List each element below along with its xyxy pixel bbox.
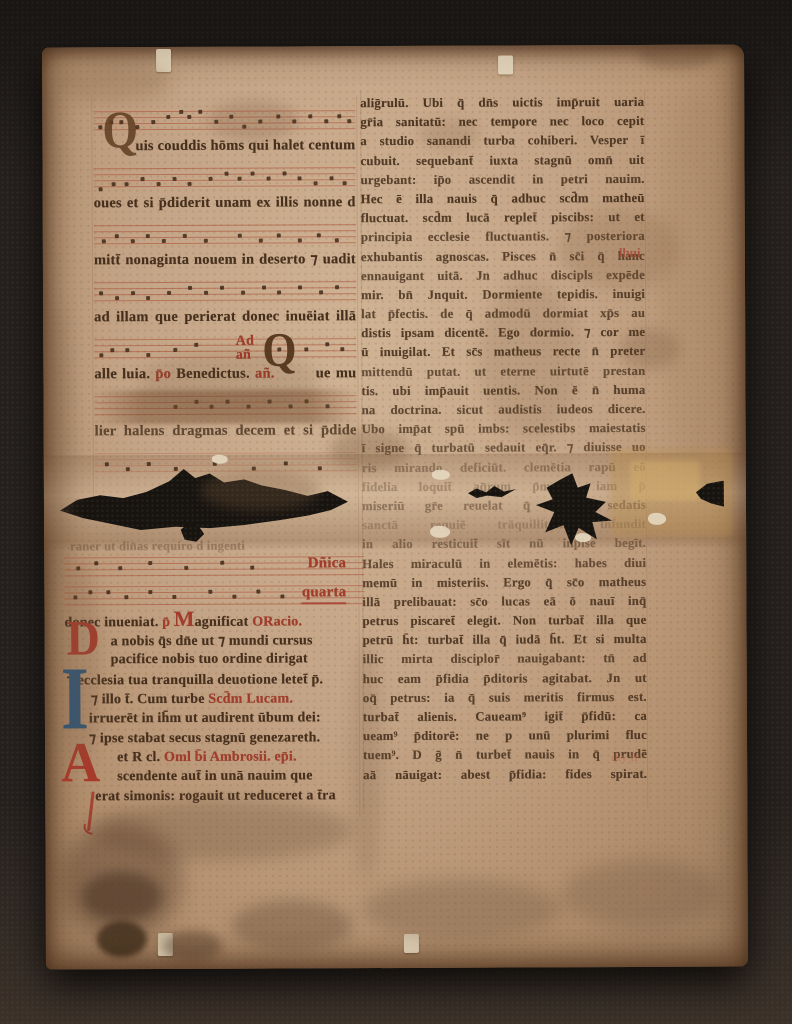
- neume-note: [280, 594, 284, 598]
- right-column-line: miseriū gr̄e reuelat q̄ fluctib sedatis: [362, 498, 646, 518]
- red-marginal-note: lbui: [619, 245, 641, 261]
- right-column-line: Hales miraculū in elemētis: habes diui: [362, 555, 646, 575]
- neume-note: [304, 347, 308, 351]
- right-column-line: in alio resticuit̄ sīt nū inp̄ise begīt.: [362, 536, 646, 556]
- text-segment: Scd̄m Lucam.: [208, 691, 293, 706]
- text-segment: irruerēt in ih̄m ut audirent ūbum dei:: [89, 710, 321, 726]
- neume-note: [148, 561, 152, 565]
- neume-note: [88, 590, 92, 594]
- paper-chip: [575, 533, 591, 542]
- right-column-line: principia ecclesie fluctuantis. ⁊ poster…: [361, 229, 645, 249]
- neume-note: [106, 590, 110, 594]
- neume-note: [110, 348, 114, 352]
- text-segment: p̄o: [155, 366, 176, 382]
- neume-note: [102, 239, 106, 243]
- faded-red-marginal-note: diy t̄r: [611, 750, 639, 765]
- penwork-initial-q2: Q: [262, 326, 296, 375]
- music-staff: quarta: [64, 583, 364, 608]
- neume-note: [99, 353, 103, 357]
- neume-note: [172, 177, 176, 181]
- neume-note: [238, 234, 242, 238]
- penwork-initial-q: Q: [102, 104, 138, 157]
- text-segment: ORacio.: [252, 614, 302, 629]
- text-segment: mitt̄ nonaginta nouem in deserto ⁊ uadit: [94, 251, 356, 268]
- music-staff: [94, 222, 356, 247]
- neume-note: [277, 114, 281, 118]
- neume-note: [282, 171, 286, 175]
- neume-note: [173, 348, 177, 352]
- neume-note: [324, 119, 328, 123]
- repair-patch-inner: [630, 461, 700, 501]
- neume-note: [204, 239, 208, 243]
- stain-blob: [82, 871, 162, 921]
- text-line: irruerēt in ih̄m ut audirent ūbum dei:: [65, 710, 365, 731]
- neume-note: [180, 110, 184, 114]
- neume-note: [115, 296, 119, 300]
- neume-note: [112, 182, 116, 186]
- neume-note: [184, 566, 188, 570]
- mounting-tab: [404, 934, 419, 953]
- neume-note: [259, 238, 263, 242]
- neume-note: [238, 177, 242, 181]
- paper-chip: [648, 513, 666, 525]
- neume-note: [319, 290, 323, 294]
- paper-chip: [212, 455, 228, 464]
- neume-note: [162, 239, 166, 243]
- neume-note: [147, 462, 151, 466]
- music-staff: [95, 393, 357, 418]
- text-segment: Oml b̄i Ambrosii. ep̄i.: [164, 749, 297, 765]
- text-line: alle luia. p̄o Benedictus. añ. ue mu: [94, 365, 356, 385]
- neume-note: [94, 561, 98, 565]
- neume-note: [298, 176, 302, 180]
- text-line: ad illam que perierat donec inuēiat illā: [94, 308, 356, 328]
- right-column-line: mittendū putat. ut eterne uirtutē presta…: [361, 364, 645, 384]
- right-column-line: ū inuigilat. Et sc̄s matheus recte n̄ pr…: [361, 344, 645, 364]
- right-column-line: distis ipsam dicentē. Ego dormio. ⁊ cor …: [361, 325, 645, 345]
- music-staff: Dñica: [64, 554, 364, 579]
- bleedthrough-line: raner ut din̄as requiro d ingenti: [70, 538, 360, 554]
- neume-note: [105, 462, 109, 466]
- paper-chip: [430, 526, 450, 538]
- neume-note: [277, 233, 281, 237]
- text-line: mitt̄ nonaginta nouem in deserto ⁊ uadit: [94, 251, 356, 271]
- neume-note: [173, 467, 177, 471]
- right-column-line: turbat̄ alienis. Caueam⁹ igit̄ p̄fidū: c…: [363, 709, 647, 729]
- neume-note: [292, 119, 296, 123]
- neume-note: [220, 561, 224, 565]
- music-staff: [94, 165, 356, 190]
- right-column-line: na doctrina. sicut audistis iudeos dicer…: [362, 402, 646, 422]
- neume-note: [209, 177, 213, 181]
- right-column-line: petrus piscaret̄ elegit. Non turbat̄ ill…: [362, 613, 646, 633]
- neume-note: [148, 590, 152, 594]
- text-line: pacifice nobis tuo ordine dirigat: [65, 651, 365, 672]
- right-text-column: aliḡrulū. Ubi q̄ dn̄s uictis imp̄ruit ua…: [360, 95, 647, 787]
- text-segment: ⁊ illo t̄. Cum turbe: [91, 692, 209, 708]
- text-segment: oues et si p̄diderit unam ex illis nonne…: [94, 194, 356, 211]
- stain-blob: [562, 859, 722, 930]
- text-segment: erat simonis: rogauit ut reduceret a t̄r…: [95, 788, 336, 804]
- text-segment: lier halens dragmas decem et si p̄dide: [95, 422, 357, 439]
- rubric-label: Dñica: [308, 555, 347, 572]
- right-column-line: huc eam p̄fidia p̄ditoris agitabat. Jn u…: [363, 671, 647, 691]
- text-line: ⁊ ecclesia tua tranquilla deuotione lete…: [65, 671, 365, 692]
- right-column-line: fluctuat. scd̄m lucā replet̄ piscibs: ut…: [361, 210, 645, 230]
- neume-note: [232, 595, 236, 599]
- stain-blob: [232, 900, 352, 951]
- neume-note: [130, 239, 134, 243]
- neume-note: [252, 466, 256, 470]
- neume-note: [256, 589, 260, 593]
- stain-blob: [362, 879, 562, 940]
- right-column-line: illā prelibauat: sc̄o lucas eā ō nauī in…: [362, 594, 646, 614]
- neume-note: [125, 182, 129, 186]
- right-column-line: illic mirta disciplor̄ nauigabant: tn̄ a…: [363, 651, 647, 671]
- neume-note: [188, 286, 192, 290]
- neume-note: [262, 285, 266, 289]
- neume-note: [76, 566, 80, 570]
- rubric-label: añ: [236, 348, 251, 364]
- right-column-line: tis. ubi imp̄auit uentis. Non ē n̄ huma: [361, 383, 645, 403]
- right-column-line: fidelia loquit̄ aq̄rum p̄mouet̄ iam p̄: [362, 479, 646, 499]
- neume-note: [241, 291, 245, 295]
- neume-note: [188, 182, 192, 186]
- neume-note: [172, 595, 176, 599]
- neume-note: [99, 187, 103, 191]
- photo-background: uis couddis hōms qui halet centumoues et…: [0, 0, 792, 1024]
- neume-note: [73, 595, 77, 599]
- red-initial-a: A: [61, 734, 100, 791]
- right-column-line: aā nāuigat: abest p̄fidia: fides spirat.: [363, 766, 647, 786]
- right-column-line: urgebant: ip̄o ascendit in petri nauim.: [361, 172, 645, 192]
- right-column-line: gr̄ia sanitatū: nec tempore nec loco cep…: [360, 114, 644, 134]
- stain-blob: [61, 821, 182, 942]
- text-line: erat simonis: rogauit ut reduceret a t̄r…: [65, 788, 365, 809]
- neume-note: [250, 565, 254, 569]
- stain-blob: [50, 61, 170, 102]
- neume-note: [220, 286, 224, 290]
- neume-note: [167, 115, 171, 119]
- neume-note: [277, 290, 281, 294]
- neume-note: [99, 291, 103, 295]
- paper-chip: [432, 470, 450, 480]
- right-column-line: petrū h̄t: turbat̄ illa q̄ iudā h̄t. Et …: [363, 632, 647, 652]
- neume-note: [194, 343, 198, 347]
- neume-note: [308, 114, 312, 118]
- neume-note: [156, 182, 160, 186]
- music-staff: [95, 450, 357, 475]
- right-column-line: aliḡrulū. Ubi q̄ dn̄s uictis imp̄ruit ua…: [360, 95, 644, 115]
- neume-note: [243, 125, 247, 129]
- neume-note: [340, 347, 344, 351]
- neume-note: [198, 110, 202, 114]
- neume-note: [229, 115, 233, 119]
- text-line: donec inueniat. p̄ Magnificat ORacio.: [64, 612, 364, 633]
- text-segment: agnificat: [195, 615, 253, 630]
- lower-left-block: Dñicaquartadonec inueniat. p̄ Magnificat…: [64, 554, 365, 808]
- neume-note: [347, 119, 351, 123]
- music-staff: [94, 279, 356, 304]
- right-column-line: memū in misteriis. Ergo q̄ sc̄o matheus: [362, 575, 646, 595]
- text-segment: et R cl.: [117, 750, 164, 765]
- manuscript-leaf: uis couddis hōms qui halet centumoues et…: [42, 44, 748, 969]
- text-segment: M: [174, 607, 195, 631]
- right-column-line: oq̄ petrus: ia q̄ suis meritis firmus es…: [363, 690, 647, 710]
- neume-note: [251, 171, 255, 175]
- text-line: ⁊ illo t̄. Cum turbe Scd̄m Lucam.: [65, 690, 365, 711]
- neume-note: [141, 177, 145, 181]
- neume-note: [146, 234, 150, 238]
- text-line: lier halens dragmas decem et si p̄dide: [95, 422, 357, 442]
- text-line: a nobis q̄s dn̄e ut ⁊ mundi cursus: [65, 632, 365, 653]
- neume-note: [187, 115, 191, 119]
- right-column-line: Hec ē illa nauis q̄ adhuc scd̄m matheū: [361, 191, 645, 211]
- right-column-line: tuem⁹. D ḡ n̄ turbet̄ nauis in q̄ prudē: [363, 747, 647, 767]
- neume-note: [342, 181, 346, 185]
- music-text-block: uis couddis hōms qui halet centumoues et…: [93, 108, 357, 480]
- neume-note: [146, 296, 150, 300]
- right-column-line: Ubo imp̄at spū imbs: scelestibs maiestat…: [362, 421, 646, 441]
- text-segment: uis couddis hōms qui halet centum: [135, 137, 355, 154]
- stain-blob: [91, 800, 351, 861]
- neume-note: [329, 176, 333, 180]
- neume-note: [283, 461, 287, 465]
- neume-note: [126, 467, 130, 471]
- right-column-line: ī signe q̄ turbatū sedauit eq̄r. ⁊ diuis…: [362, 440, 646, 460]
- stain-blob: [658, 89, 730, 469]
- text-segment: pacifice nobis tuo ordine dirigat: [111, 651, 308, 667]
- neume-note: [204, 291, 208, 295]
- text-segment: p̄: [162, 615, 174, 630]
- mounting-tab: [158, 933, 173, 956]
- neume-note: [131, 291, 135, 295]
- text-segment: ad illam que perierat donec inuēiat illā: [94, 308, 356, 325]
- neume-note: [183, 234, 187, 238]
- neume-note: [167, 291, 171, 295]
- stain-blob: [638, 44, 718, 68]
- neume-note: [317, 466, 321, 470]
- text-segment: a nobis q̄s dn̄e ut ⁊ mundi cursus: [111, 633, 313, 649]
- neume-note: [316, 233, 320, 237]
- right-column-line: ennauigant uitā. Jn adhuc discipls expēd…: [361, 268, 645, 288]
- right-column-line: ueam⁹ p̄ditorē: ne p unū plurimi fluc: [363, 728, 647, 748]
- text-segment: ue mu: [316, 365, 357, 381]
- text-line: ⁊ ipse stabat secus stagnū genezareth.: [65, 729, 365, 750]
- neume-note: [258, 119, 262, 123]
- neume-note: [208, 590, 212, 594]
- neume-note: [147, 353, 151, 357]
- text-segment: Benedictus.: [176, 366, 255, 382]
- neume-note: [124, 595, 128, 599]
- neume-note: [115, 234, 119, 238]
- right-column-line: ris mirando deficiūt. clemētia rapū eō: [362, 459, 646, 479]
- text-line: et R cl. Oml b̄i Ambrosii. ep̄i.: [65, 749, 365, 770]
- neume-note: [325, 342, 329, 346]
- text-line: scendente aut̄ in unā nauim que: [65, 768, 365, 789]
- neume-note: [314, 181, 318, 185]
- neume-note: [335, 238, 339, 242]
- text-segment: scendente aut̄ in unā nauim que: [117, 768, 313, 784]
- neume-note: [214, 120, 218, 124]
- neume-note: [126, 348, 130, 352]
- right-column-line: cubuit. sequebant̄ iuxta stagnū omn̄ uit: [360, 152, 644, 172]
- text-line: oues et si p̄diderit unam ex illis nonne…: [94, 194, 356, 214]
- neume-note: [335, 285, 339, 289]
- neume-note: [337, 114, 341, 118]
- right-column-line: lat p̄fectis. de q̄ admodū dormiat xp̄s …: [361, 306, 645, 326]
- music-staff: Adañ: [94, 336, 356, 361]
- neume-note: [266, 176, 270, 180]
- stain-blob: [97, 921, 147, 957]
- text-segment: ⁊ ipse stabat secus stagnū genezareth.: [89, 730, 320, 746]
- right-column-line: a studio sanandi turba cohiberi. Vesper …: [360, 133, 644, 153]
- erased-smear: [92, 389, 358, 424]
- right-column-line: mir. bn̄ Jnquit. Dormiente tepidis. inui…: [361, 287, 645, 307]
- neume-note: [224, 172, 228, 176]
- right-column-line: exhubantis agnoscas. Pisces n̄ sc̄i q̄ h…: [361, 248, 645, 268]
- mounting-tab: [156, 49, 171, 72]
- mounting-tab: [498, 55, 513, 74]
- neume-note: [118, 566, 122, 570]
- neume-note: [151, 120, 155, 124]
- neume-note: [298, 285, 302, 289]
- text-segment: ⁊ ecclesia tua tranquilla deuotione lete…: [67, 672, 324, 688]
- rubric-label: quarta: [302, 584, 347, 604]
- text-segment: alle luia.: [94, 366, 155, 382]
- neume-note: [298, 238, 302, 242]
